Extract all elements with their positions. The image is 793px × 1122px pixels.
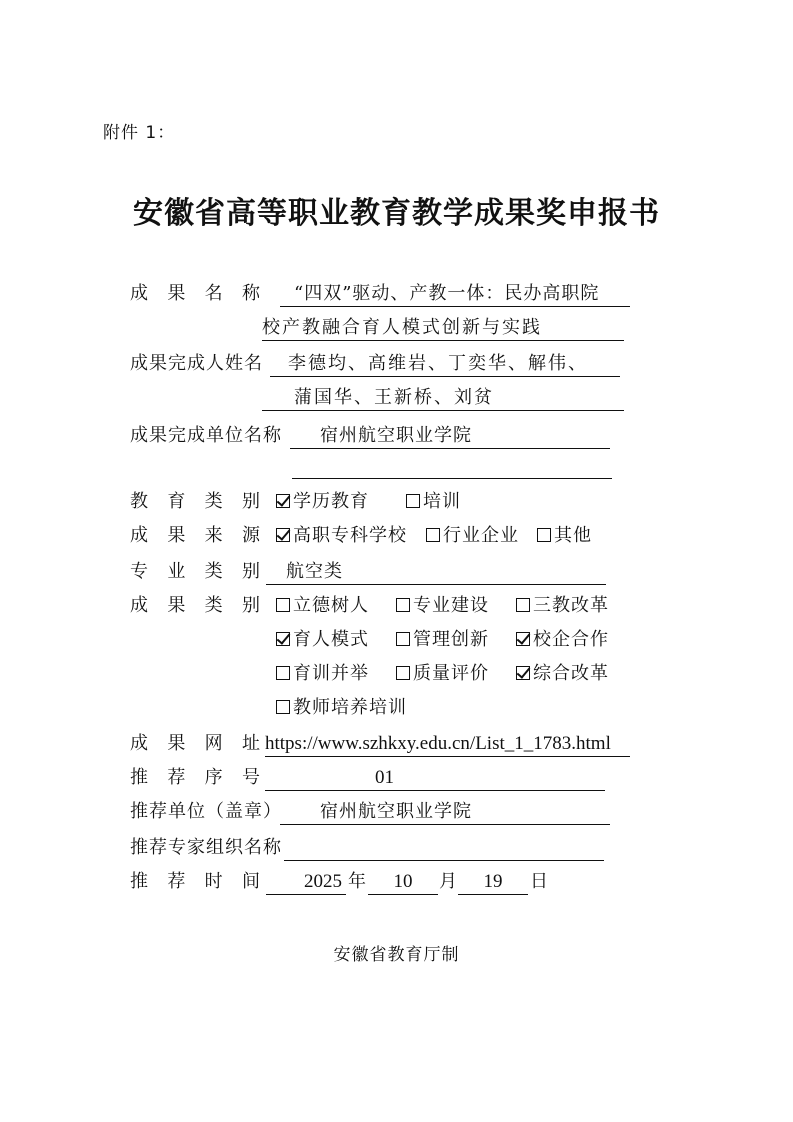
field-expert-org: 推荐专家组织名称 <box>130 836 282 860</box>
label-char: 业 <box>167 560 185 584</box>
unchecked-box-icon <box>276 598 290 612</box>
field-achievement-name: 成 果 名 称 <box>130 282 260 306</box>
completers-line2[interactable]: 蒲国华、王新桥、刘贫 <box>262 386 624 411</box>
option-label: 专业建设 <box>413 595 489 616</box>
label-char: 称 <box>242 282 260 306</box>
recommend-number-value: 01 <box>265 767 394 788</box>
unchecked-box-icon <box>276 700 290 714</box>
achievement-name-text-2: 校产教融合育人模式创新与实践 <box>262 317 542 338</box>
label-char: 成 <box>130 732 148 756</box>
recommend-month-input[interactable]: 10 <box>368 870 438 895</box>
label-char: 专 <box>130 560 148 584</box>
field-recommend-unit: 推荐单位（盖章） <box>130 800 282 824</box>
checkbox-category-quality[interactable]: 质量评价 <box>396 662 489 686</box>
label-char: 推 <box>130 766 148 790</box>
field-recommend-date: 推 荐 时 间 <box>130 870 260 894</box>
option-label: 育人模式 <box>293 629 369 650</box>
label-char: 网 <box>205 732 223 756</box>
option-label: 育训并举 <box>293 663 369 684</box>
field-label: 成 果 网 址 <box>130 732 260 756</box>
checkbox-category-three-reform[interactable]: 三教改革 <box>516 594 609 618</box>
completers-text-2: 蒲国华、王新桥、刘贫 <box>262 387 494 408</box>
field-recommend-number: 推 荐 序 号 <box>130 766 260 790</box>
label-char: 别 <box>242 490 260 514</box>
expert-org-input[interactable] <box>284 836 604 861</box>
option-label: 立德树人 <box>293 595 369 616</box>
label-char: 类 <box>205 490 223 514</box>
field-achievement-category: 成 果 类 别 <box>130 594 260 618</box>
completing-unit-line2[interactable] <box>292 454 612 479</box>
label-char: 成 <box>130 594 148 618</box>
field-major-category: 专 业 类 别 <box>130 560 260 584</box>
label-char: 序 <box>205 766 223 790</box>
label-char: 成 <box>130 282 148 306</box>
option-label: 其他 <box>554 525 592 546</box>
completing-unit-text-1: 宿州航空职业学院 <box>290 425 472 446</box>
label-char: 果 <box>167 282 185 306</box>
checkbox-category-teacher[interactable]: 教师培养培训 <box>276 696 407 720</box>
checkbox-category-training[interactable]: 育训并举 <box>276 662 369 686</box>
unchecked-box-icon <box>396 632 410 646</box>
checkbox-category-education-model[interactable]: 育人模式 <box>276 628 369 652</box>
checkbox-category-comprehensive[interactable]: 综合改革 <box>516 662 609 686</box>
label-char: 果 <box>167 594 185 618</box>
label-char: 源 <box>242 524 260 548</box>
major-category-value: 航空类 <box>266 561 343 582</box>
label-char: 名 <box>205 282 223 306</box>
page-title: 安徽省高等职业教育教学成果奖申报书 <box>0 188 793 232</box>
completers-line1[interactable]: 李德均、高维岩、丁奕华、解伟、 <box>270 352 620 377</box>
label-char: 间 <box>242 870 260 894</box>
recommend-unit-value: 宿州航空职业学院 <box>280 801 472 822</box>
unchecked-box-icon <box>396 598 410 612</box>
checked-box-icon <box>276 494 290 508</box>
checkbox-source-college[interactable]: 高职专科学校 <box>276 524 407 548</box>
field-label: 推 荐 时 间 <box>130 870 260 894</box>
unchecked-box-icon <box>406 494 420 508</box>
option-label: 质量评价 <box>413 663 489 684</box>
website-url[interactable]: https://www.szhkxy.edu.cn/List_1_1783.ht… <box>265 733 611 754</box>
unchecked-box-icon <box>516 598 530 612</box>
label-char: 类 <box>205 560 223 584</box>
label-char: 荐 <box>167 870 185 894</box>
field-label: 专 业 类 别 <box>130 560 260 584</box>
checked-box-icon <box>276 632 290 646</box>
field-label: 成 果 类 别 <box>130 594 260 618</box>
label-char: 成 <box>130 524 148 548</box>
option-label: 培训 <box>423 491 461 512</box>
recommend-day-value: 19 <box>484 871 503 892</box>
achievement-name-line1[interactable]: “四双”驱动、产教一体：民办高职院 <box>280 282 630 307</box>
attachment-label: 附件 1： <box>103 118 175 143</box>
recommend-unit-input[interactable]: 宿州航空职业学院 <box>280 800 610 825</box>
field-website: 成 果 网 址 <box>130 732 260 756</box>
unchecked-box-icon <box>537 528 551 542</box>
checked-box-icon <box>516 666 530 680</box>
field-label: 成果完成人姓名 <box>130 352 263 376</box>
achievement-name-text-1: “四双”驱动、产教一体：民办高职院 <box>280 283 599 304</box>
option-label: 教师培养培训 <box>293 697 407 718</box>
recommend-year-value: 2025 <box>304 871 346 892</box>
label-char: 教 <box>130 490 148 514</box>
recommend-day-input[interactable]: 19 <box>458 870 528 895</box>
option-label: 行业企业 <box>443 525 519 546</box>
recommend-month-value: 10 <box>394 871 413 892</box>
label-char: 来 <box>205 524 223 548</box>
field-label: 推荐专家组织名称 <box>130 836 282 860</box>
month-unit: 月 <box>439 870 458 894</box>
field-achievement-source: 成 果 来 源 <box>130 524 260 548</box>
option-label: 综合改革 <box>533 663 609 684</box>
unchecked-box-icon <box>276 666 290 680</box>
recommend-number-input[interactable]: 01 <box>265 766 605 791</box>
field-label: 教 育 类 别 <box>130 490 260 514</box>
checkbox-source-industry[interactable]: 行业企业 <box>426 524 519 548</box>
field-completing-unit: 成果完成单位名称 <box>130 424 282 448</box>
label-char: 果 <box>167 524 185 548</box>
option-label: 三教改革 <box>533 595 609 616</box>
checkbox-category-school-enterprise[interactable]: 校企合作 <box>516 628 609 652</box>
checkbox-education-degree[interactable]: 学历教育 <box>276 490 369 514</box>
field-label: 推 荐 序 号 <box>130 766 260 790</box>
checked-box-icon <box>516 632 530 646</box>
field-label: 成 果 名 称 <box>130 282 260 306</box>
unchecked-box-icon <box>426 528 440 542</box>
issuer-footer: 安徽省教育厅制 <box>0 940 793 965</box>
field-label: 成果完成单位名称 <box>130 424 282 448</box>
label-char: 别 <box>242 594 260 618</box>
label-char: 址 <box>242 732 260 756</box>
label-char: 别 <box>242 560 260 584</box>
completers-text-1: 李德均、高维岩、丁奕华、解伟、 <box>270 353 588 374</box>
option-label: 学历教育 <box>293 491 369 512</box>
label-char: 果 <box>167 732 185 756</box>
year-unit: 年 <box>348 870 367 894</box>
recommend-year-input[interactable]: 2025 <box>266 870 346 895</box>
major-category-input[interactable]: 航空类 <box>266 560 606 585</box>
day-unit: 日 <box>530 870 549 894</box>
unchecked-box-icon <box>396 666 410 680</box>
label-char: 育 <box>167 490 185 514</box>
checkbox-education-training[interactable]: 培训 <box>406 490 461 514</box>
checkbox-category-management[interactable]: 管理创新 <box>396 628 489 652</box>
checkbox-category-moral[interactable]: 立德树人 <box>276 594 369 618</box>
completing-unit-line1[interactable]: 宿州航空职业学院 <box>290 424 610 449</box>
option-label: 校企合作 <box>533 629 609 650</box>
checked-box-icon <box>276 528 290 542</box>
label-char: 号 <box>242 766 260 790</box>
checkbox-category-major[interactable]: 专业建设 <box>396 594 489 618</box>
label-char: 荐 <box>167 766 185 790</box>
field-label: 推荐单位（盖章） <box>130 800 282 824</box>
field-label: 成 果 来 源 <box>130 524 260 548</box>
option-label: 高职专科学校 <box>293 525 407 546</box>
label-char: 推 <box>130 870 148 894</box>
label-char: 时 <box>205 870 223 894</box>
website-link[interactable]: https://www.szhkxy.edu.cn/List_1_1783.ht… <box>265 732 630 757</box>
label-char: 类 <box>205 594 223 618</box>
option-label: 管理创新 <box>413 629 489 650</box>
field-education-type: 教 育 类 别 <box>130 490 260 514</box>
achievement-name-line2[interactable]: 校产教融合育人模式创新与实践 <box>262 316 624 341</box>
checkbox-source-other[interactable]: 其他 <box>537 524 592 548</box>
field-completers: 成果完成人姓名 <box>130 352 263 376</box>
